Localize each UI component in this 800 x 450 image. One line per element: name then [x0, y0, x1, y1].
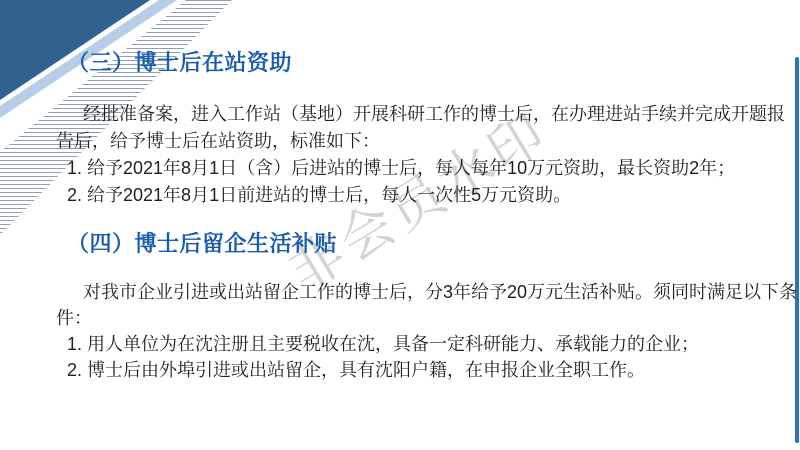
section-heading-3: （三）博士后在站资助	[67, 46, 292, 77]
slide-content: （三）博士后在站资助 经批准备案，进入工作站（基地）开展科研工作的博士后，在办理…	[0, 0, 800, 450]
list-item: 2. 给予2021年8月1日前进站的博士后，每人一次性5万元资助。	[56, 182, 785, 209]
list-item: 1. 给予2021年8月1日（含）后进站的博士后，每人每年10万元资助，最长资助…	[56, 155, 785, 182]
paragraph-line: 对我市企业引进或出站留企工作的博士后，分3年给予20万元生活补贴。须同时满足以下…	[56, 279, 797, 305]
slide: 非会员水印 （三）博士后在站资助 经批准备案，进入工作站（基地）开展科研工作的博…	[0, 0, 800, 450]
section-4-paragraph: 对我市企业引进或出站留企工作的博士后，分3年给予20万元生活补贴。须同时满足以下…	[56, 279, 797, 383]
paragraph-line: 经批准备案，进入工作站（基地）开展科研工作的博士后，在办理进站手续并完成开题报	[56, 101, 785, 128]
paragraph-line: 件：	[56, 305, 797, 331]
section-3-paragraph: 经批准备案，进入工作站（基地）开展科研工作的博士后，在办理进站手续并完成开题报 …	[56, 101, 785, 209]
section-heading-4: （四）博士后留企生活补贴	[67, 227, 337, 258]
list-item: 1. 用人单位为在沈注册且主要税收在沈，具备一定科研能力、承载能力的企业；	[56, 331, 797, 357]
paragraph-line: 告后，给予博士后在站资助，标准如下：	[56, 128, 785, 155]
list-item: 2. 博士后由外埠引进或出站留企，具有沈阳户籍，在申报企业全职工作。	[56, 357, 797, 383]
